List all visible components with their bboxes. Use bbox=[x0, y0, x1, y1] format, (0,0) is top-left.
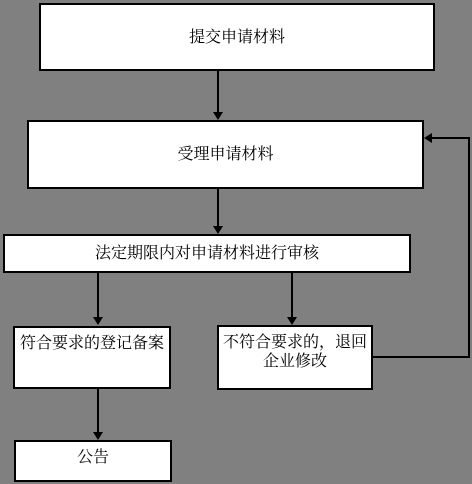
edge-review-to-unqualified-arrowhead-icon bbox=[287, 317, 297, 325]
edge-review-to-qualified-arrowhead-icon bbox=[93, 317, 103, 325]
edge-feedback-vertical-line bbox=[468, 137, 470, 358]
flow-node-accept-materials-label: 受理申请材料 bbox=[177, 145, 273, 164]
edge-accept-to-review-arrowhead-icon bbox=[213, 226, 223, 234]
edge-qualified-to-announcement-arrowhead-icon bbox=[93, 432, 103, 440]
edge-submit-to-accept-line bbox=[217, 71, 219, 113]
flow-node-submit-materials: 提交申请材料 bbox=[39, 3, 435, 71]
edge-review-to-qualified-line bbox=[97, 273, 99, 318]
flow-node-review-within-legal-period: 法定期限内对申请材料进行审核 bbox=[3, 234, 411, 273]
flow-node-qualified-registration-label: 符合要求的登记备案 bbox=[20, 335, 164, 352]
flow-node-qualified-registration: 符合要求的登记备案 bbox=[13, 326, 171, 389]
edge-review-to-unqualified-line bbox=[291, 273, 293, 318]
edge-accept-to-review-line bbox=[217, 189, 219, 227]
edge-feedback-horizontal-bottom-line bbox=[373, 356, 470, 358]
flow-node-review-label: 法定期限内对申请材料进行审核 bbox=[95, 244, 319, 263]
edge-feedback-horizontal-top-line bbox=[432, 137, 470, 139]
edge-submit-to-accept-arrowhead-icon bbox=[213, 112, 223, 120]
edge-qualified-to-announcement-line bbox=[97, 389, 99, 433]
flow-node-announcement: 公告 bbox=[14, 440, 172, 482]
flow-node-unqualified-return-label: 不符合要求的，退回企业修改 bbox=[223, 334, 367, 370]
flow-node-submit-materials-label: 提交申请材料 bbox=[189, 28, 285, 47]
flow-node-unqualified-return: 不符合要求的，退回企业修改 bbox=[217, 325, 373, 390]
flow-node-announcement-label: 公告 bbox=[77, 449, 109, 466]
flowchart-canvas: 提交申请材料 受理申请材料 法定期限内对申请材料进行审核 符合要求的登记备案 不… bbox=[0, 0, 472, 484]
edge-feedback-arrowhead-icon bbox=[424, 133, 432, 143]
flow-node-accept-materials: 受理申请材料 bbox=[27, 120, 424, 189]
